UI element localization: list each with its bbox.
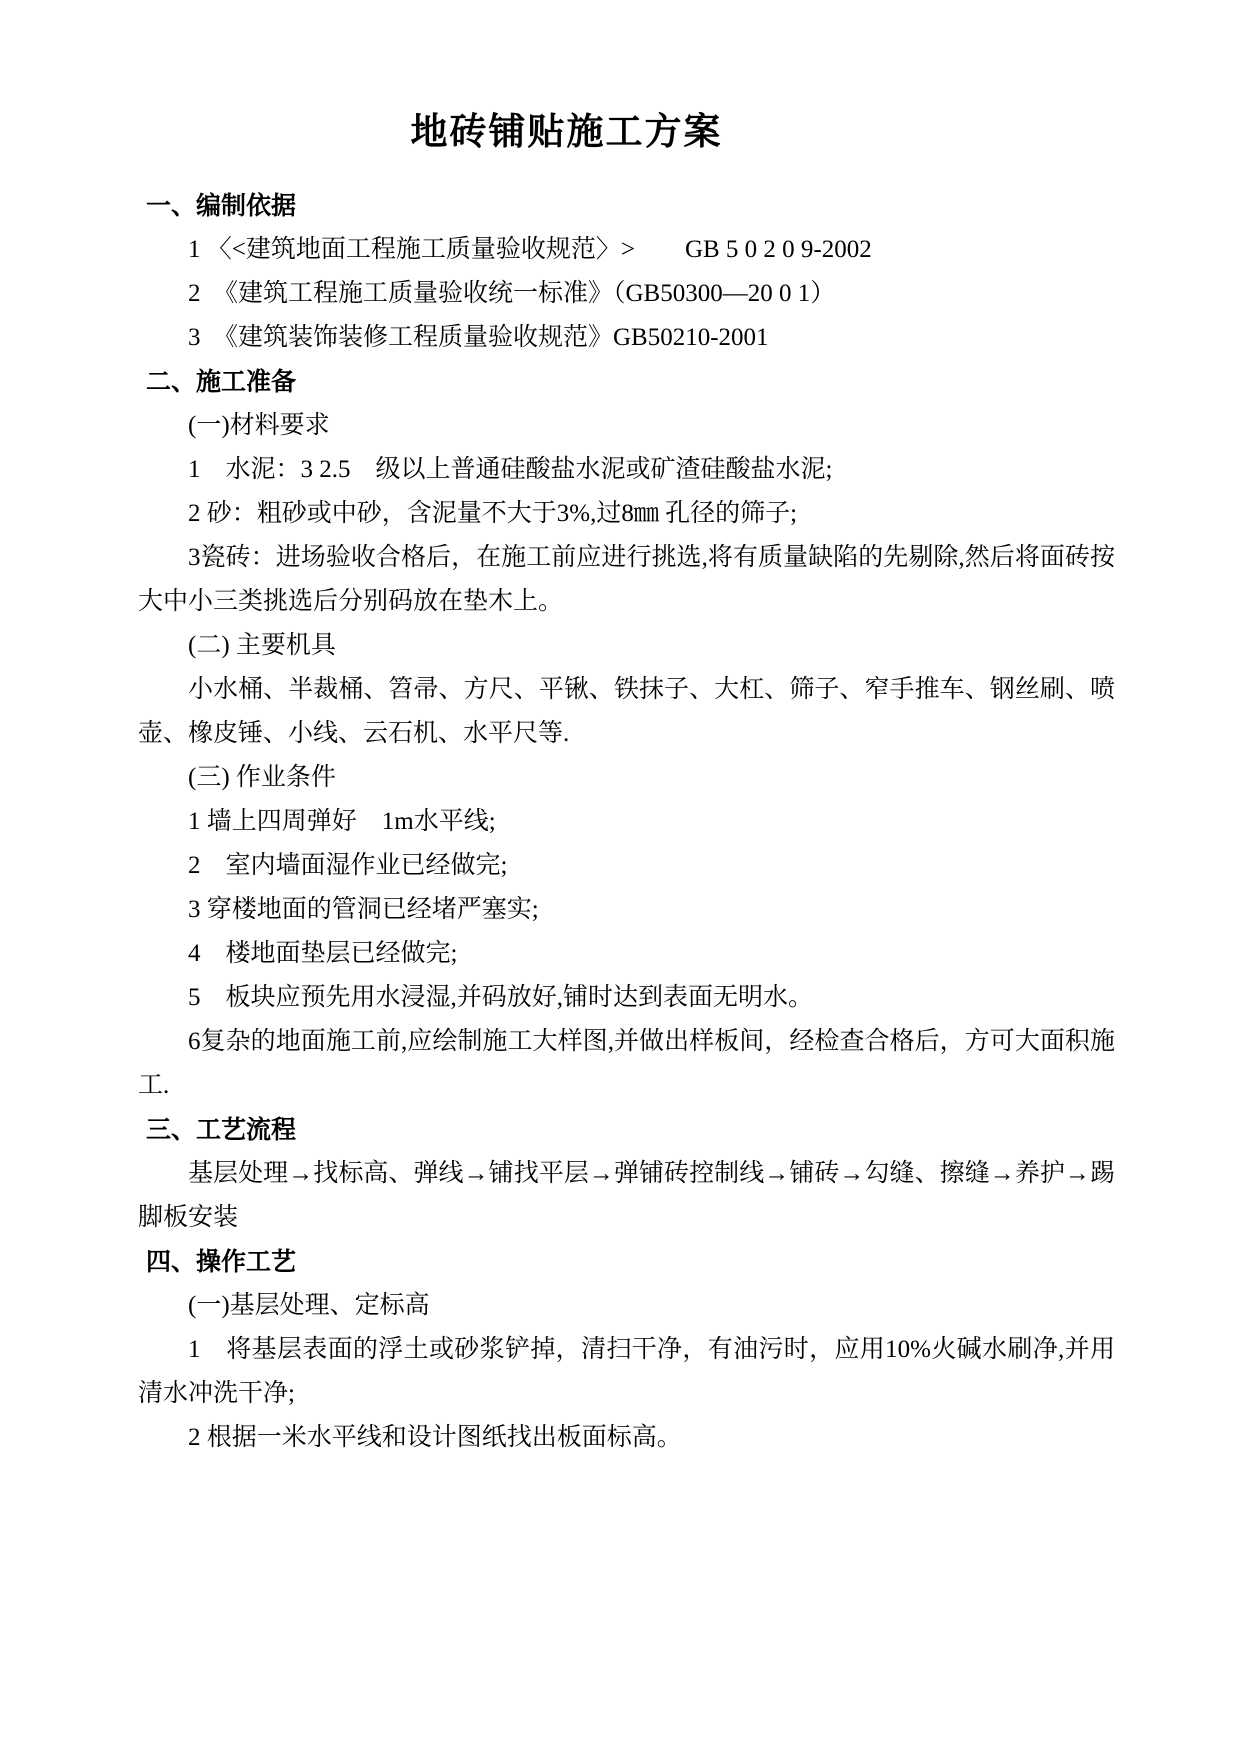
condition-item-3: 3 穿楼地面的管洞已经堵严塞实; [138,888,1115,932]
material-item-sand: 2 砂：粗砂或中砂，含泥量不大于3%,过8㎜ 孔径的筛子; [138,492,1115,536]
subsection-main-tools: (二) 主要机具 [138,624,1115,668]
material-item-cement: 1 水泥：3 2.5 级以上普通硅酸盐水泥或矿渣硅酸盐水泥; [138,448,1115,492]
document-title: 地砖铺贴施工方案 [138,102,995,160]
tools-list: 小水桶、半裁桶、笤帚、方尺、平锹、铁抹子、大杠、筛子、窄手推车、钢丝刷、喷壶、橡… [138,668,1115,756]
subsection-base-treatment: (一)基层处理、定标高 [138,1284,1115,1328]
condition-item-5: 5 板块应预先用水浸湿,并码放好,铺时达到表面无明水。 [138,976,1115,1020]
operation-step-2: 2 根据一米水平线和设计图纸找出板面标高。 [138,1416,1115,1460]
section-heading-construction-preparation: 二、施工准备 [138,360,1115,404]
subsection-work-conditions: (三) 作业条件 [138,756,1115,800]
condition-item-6: 6复杂的地面施工前,应绘制施工大样图,并做出样板间，经检查合格后，方可大面积施工… [138,1020,1115,1108]
condition-item-1: 1 墙上四周弹好 1m水平线; [138,800,1115,844]
condition-item-4: 4 楼地面垫层已经做完; [138,932,1115,976]
condition-item-2: 2 室内墙面湿作业已经做完; [138,844,1115,888]
reference-item-1: 1 〈<建筑地面工程施工质量验收规范〉> GB 5 0 2 0 9-2002 [138,228,1115,272]
operation-step-1: 1 将基层表面的浮土或砂浆铲掉，清扫干净，有油污时，应用10%火碱水刷净,并用清… [138,1328,1115,1416]
document-page: 地砖铺贴施工方案 一、编制依据 1 〈<建筑地面工程施工质量验收规范〉> GB … [0,0,1241,1754]
section-heading-operation-technique: 四、操作工艺 [138,1240,1115,1284]
subsection-material-requirements: (一)材料要求 [138,404,1115,448]
reference-item-2: 2 《建筑工程施工质量验收统一标准》（GB50300—20 0 1） [138,272,1115,316]
section-heading-preparation-basis: 一、编制依据 [138,184,1115,228]
material-item-tile: 3瓷砖：进场验收合格后，在施工前应进行挑选,将有质量缺陷的先剔除,然后将面砖按大… [138,536,1115,624]
section-heading-process-flow: 三、工艺流程 [138,1108,1115,1152]
process-flow-text: 基层处理→找标高、弹线→铺找平层→弹铺砖控制线→铺砖→勾缝、擦缝→养护→踢脚板安… [138,1152,1115,1240]
reference-item-3: 3 《建筑装饰装修工程质量验收规范》GB50210-2001 [138,316,1115,360]
